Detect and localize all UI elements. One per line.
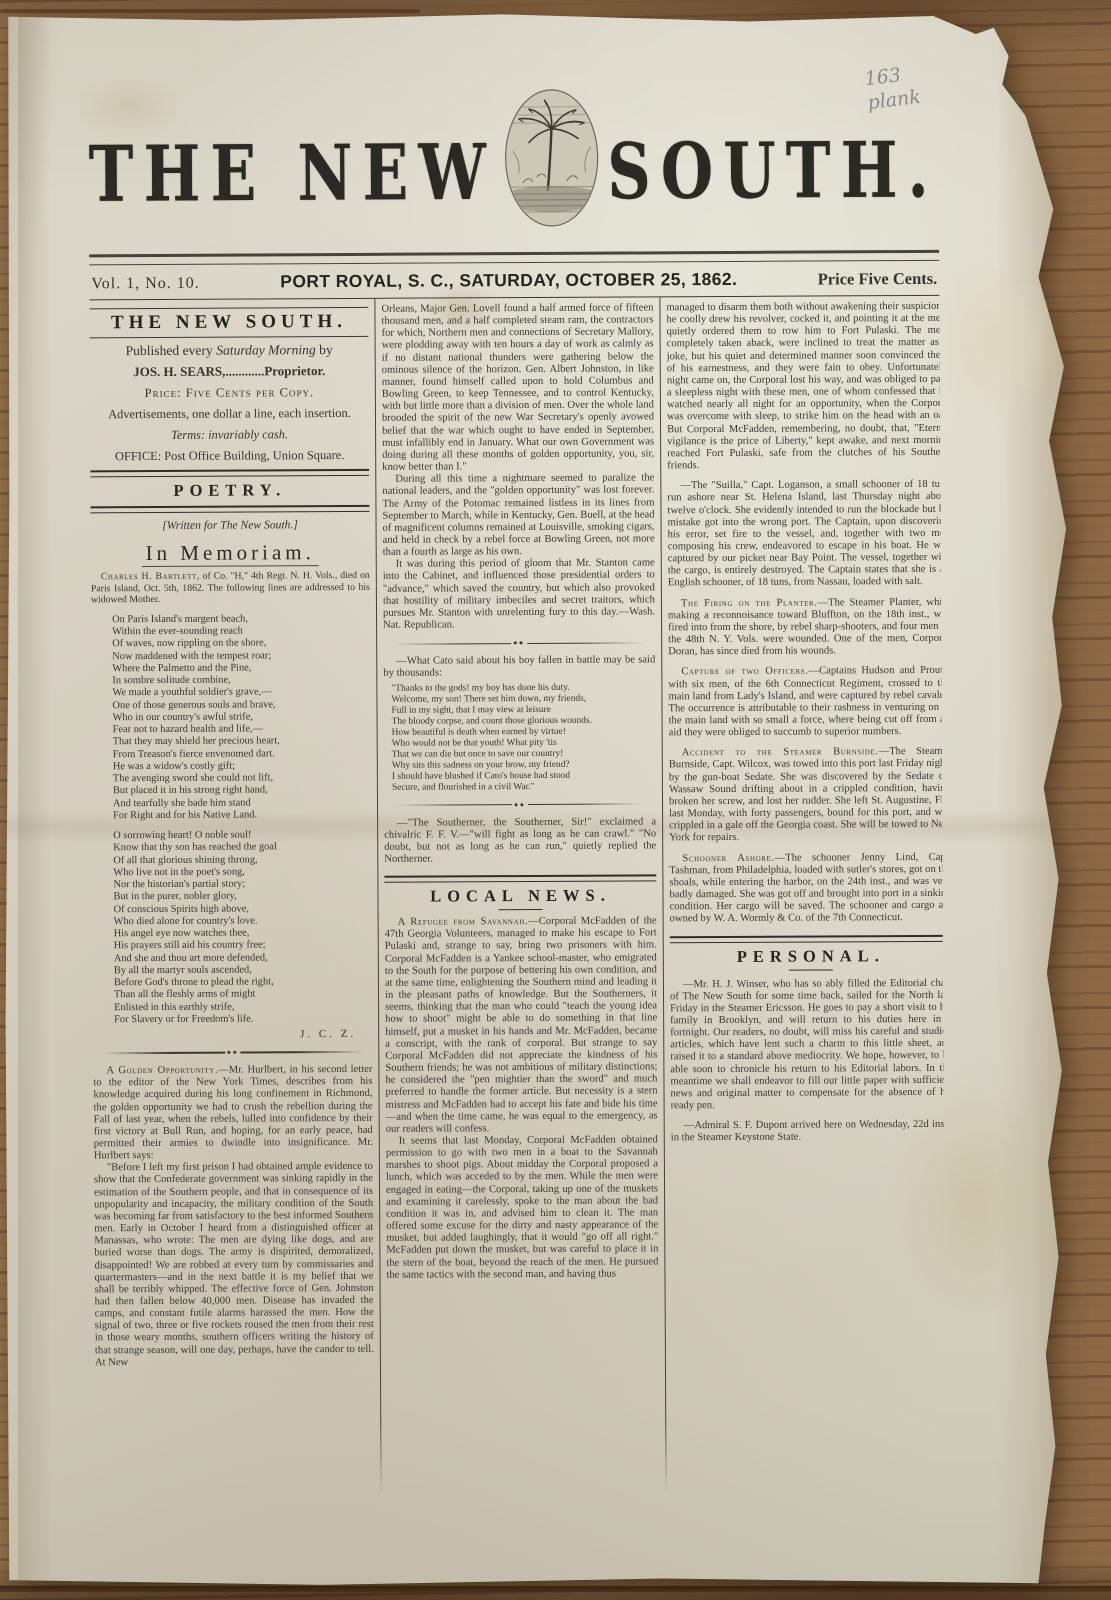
newspaper-sheet-wrap: 163 plank THE NEW <box>4 12 1066 1588</box>
ornament-divider: ◆◆ <box>394 796 646 813</box>
personal-block: PERSONAL. <box>670 934 946 970</box>
personal-heading: PERSONAL. <box>670 945 946 966</box>
article-lead: Schooner Ashore. <box>682 852 774 863</box>
dedication-name: Charles H. Bartlett, <box>101 571 200 583</box>
poem-attribution: [Written for The New South.] <box>91 518 370 532</box>
poem-stanza-1: On Paris Island's margent beach, Within … <box>91 613 371 823</box>
masthead: THE NEW <box>88 96 939 250</box>
double-rule <box>90 505 369 513</box>
article-lead: The Firing on the Planter. <box>681 597 818 609</box>
poem-stanza-2: O sorrowing heart! O noble soul! Know th… <box>92 829 372 1026</box>
short-rule <box>789 969 833 970</box>
item-suilla: —The "Suilla," Capt. Loganson, a small s… <box>667 479 945 590</box>
item-capture-of-officers: Capture of two Officers.—Captains Hudson… <box>668 665 945 739</box>
ornament-divider: ◆◆ <box>103 1044 362 1061</box>
item-steamer-burnside: Accident to the Steamer Burnside.—The St… <box>669 746 946 845</box>
article-continuation: Orleans, Major Gen. Lovell found a half … <box>381 302 654 474</box>
poetry-section-heading: POETRY. <box>90 480 369 501</box>
proprietor-line: JOS. H. SEARS,............Proprietor. <box>90 364 369 379</box>
article-lead: Capture of two Officers. <box>681 666 808 678</box>
article-lead: A Refugee from Savannah. <box>398 916 529 928</box>
column-rule <box>659 297 666 1493</box>
divider-line <box>528 803 646 805</box>
article-lead: A Golden Opportunity. <box>106 1065 218 1077</box>
place-date: PORT ROYAL, S. C., SATURDAY, OCTOBER 25,… <box>280 269 737 292</box>
rule <box>89 307 368 309</box>
divider-line <box>241 1051 363 1053</box>
dateline: Vol. 1, No. 10. PORT ROYAL, S. C., SATUR… <box>89 261 939 299</box>
page-content: THE NEW <box>0 9 1070 1591</box>
published-line-post: by <box>316 342 333 357</box>
local-news-heading: LOCAL NEWS. <box>384 886 656 907</box>
poem-dedication: Charles H. Bartlett, of Co. "H," 4th Reg… <box>91 570 370 606</box>
local-news-block: LOCAL NEWS. <box>384 875 656 911</box>
office-line: OFFICE: Post Office Building, Union Squa… <box>90 448 369 463</box>
article-lead: Accident to the Steamer Burnside. <box>682 747 879 759</box>
divider-line <box>103 1052 225 1054</box>
article-refugee: A Refugee from Savannah.—Corporal McFadd… <box>385 916 658 1136</box>
item-winser: —Mr. H. J. Winser, who has so ably fille… <box>670 977 946 1112</box>
advertisements-line: Advertisements, one dollar a line, each … <box>90 406 369 421</box>
ornament-divider: ◆◆ <box>393 635 645 652</box>
short-rule <box>499 909 543 910</box>
article-text: —Mr. Hurlbert, in his second letter to t… <box>93 1064 372 1162</box>
column-middle: Orleans, Major Gen. Lovell found a half … <box>381 297 659 1494</box>
published-line: Published every Saturday Morning by <box>90 343 369 358</box>
article-refugee-part2: It seems that last Monday, Corporal McFa… <box>386 1134 659 1281</box>
item-cato-intro: —What Cato said about his boy fallen in … <box>383 655 655 681</box>
item-southerner: —"The Southerner, the Southerner, Sir!" … <box>384 816 656 866</box>
paper-name-heading: THE NEW SOUTH. <box>89 311 368 334</box>
price: Price Five Cents. <box>818 269 938 290</box>
item-schooner-ashore: Schooner Ashore.—The schooner Jenny Lind… <box>669 851 945 925</box>
poem-title-text: In Memoriam. <box>141 540 318 567</box>
volume-number: Vol. 1, No. 10. <box>91 275 200 294</box>
double-rule <box>90 469 369 477</box>
rule <box>90 336 369 338</box>
divider-line <box>393 643 511 645</box>
palmetto-vignette-engraving <box>502 86 601 234</box>
article-golden-opportunity-quote: "Before I left my first prison I had obt… <box>94 1161 374 1369</box>
masthead-title-right: SOUTH. <box>607 126 939 217</box>
divider-line <box>394 804 512 806</box>
published-line-italic: Saturday Morning <box>216 342 316 358</box>
poem-signature: J. C. Z. <box>93 1028 372 1041</box>
article-text: —Corporal McFadden of the 47th Georgia V… <box>385 916 658 1135</box>
item-dupont: —Admiral S. F. Dupont arrived here on We… <box>671 1119 946 1145</box>
divider-ornament: ◆◆ <box>225 1050 241 1056</box>
published-line-pre: Published every <box>126 343 217 358</box>
article-text: —The Steamer Burnside, Capt. Wilcox, was… <box>669 746 946 844</box>
column-rule <box>374 299 381 1495</box>
divider-line <box>527 642 645 644</box>
double-rule <box>384 875 656 883</box>
double-rule <box>670 934 946 942</box>
column-left: THE NEW SOUTH. Published every Saturday … <box>89 299 374 1496</box>
masthead-title-left: THE NEW <box>88 128 496 220</box>
price-line: Price: Five Cents per Copy. <box>90 385 369 400</box>
article-nightmare: During all this time a nightmare seemed … <box>382 473 654 560</box>
article-golden-opportunity: A Golden Opportunity.—Mr. Hurlbert, in h… <box>93 1064 373 1163</box>
item-firing-on-planter: The Firing on the Planter.—The Steamer P… <box>668 596 946 658</box>
article-refugee-conclusion: managed to disarm them both without awak… <box>666 301 945 473</box>
divider-ornament: ◆◆ <box>512 802 528 808</box>
column-right: managed to disarm them both without awak… <box>666 296 945 1493</box>
columns: THE NEW SOUTH. Published every Saturday … <box>89 295 945 1496</box>
newspaper-page: 163 plank THE NEW <box>4 12 1066 1588</box>
terms-line: Terms: invariably cash. <box>90 427 369 442</box>
cato-verse: "Thanks to the gods! my boy has done his… <box>383 682 656 793</box>
article-stanton: It was during this period of gloom that … <box>383 558 655 632</box>
poem-title: In Memoriam. <box>91 540 370 566</box>
divider-ornament: ◆◆ <box>511 640 527 646</box>
